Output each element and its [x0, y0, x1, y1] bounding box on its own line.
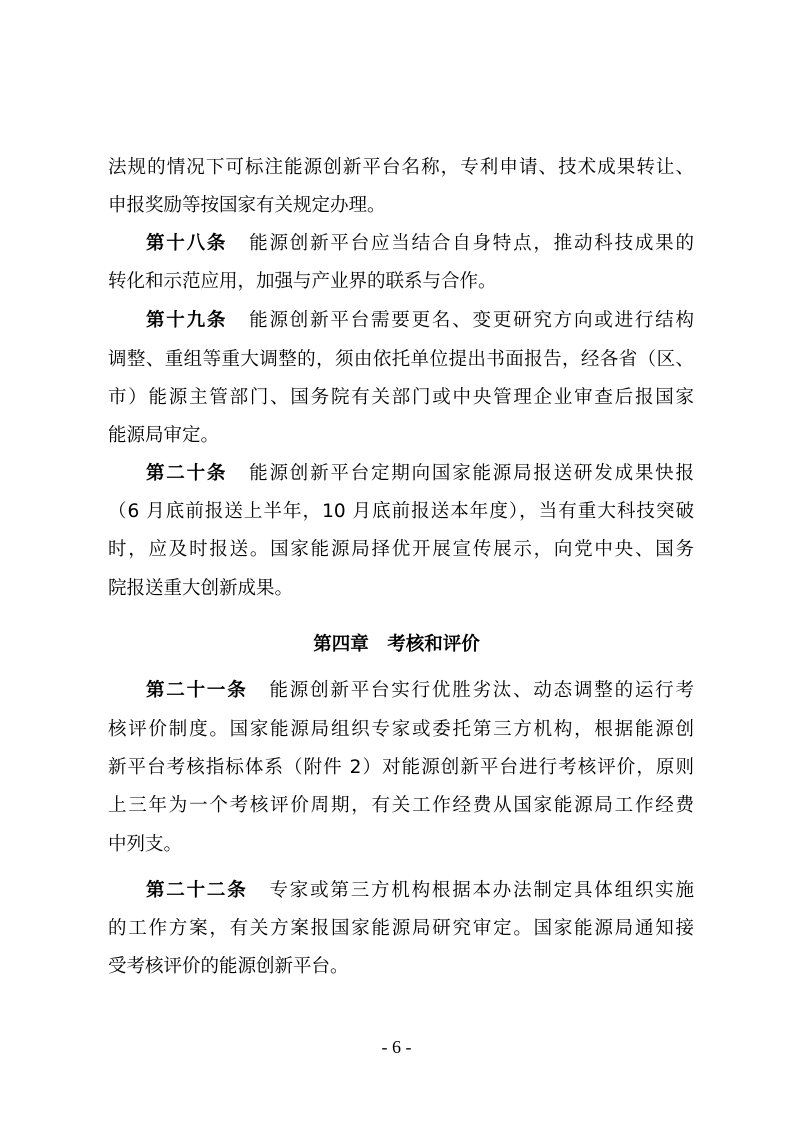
text-line: 市）能源主管部门、国务院有关部门或中央管理企业审查后报国家 — [108, 386, 694, 410]
article-title: 第二十二条 — [146, 880, 248, 901]
text-line: （6 月底前报送上半年，10 月底前报送本年度），当有重大科技突破 — [108, 500, 694, 524]
text-line: 新平台考核指标体系（附件 2）对能源创新平台进行考核评价，原则 — [108, 756, 694, 780]
article-text: 专家或第三方机构根据本办法制定具体组织实施 — [270, 880, 694, 901]
text-line: 时，应及时报送。国家能源局择优开展宣传展示，向党中央、国务 — [108, 538, 694, 562]
article-text: 能源创新平台需要更名、变更研究方向或进行结构 — [249, 310, 694, 331]
text-line: 院报送重大创新成果。 — [108, 577, 694, 601]
article-text: 能源创新平台应当结合自身特点，推动科技成果的 — [249, 233, 694, 254]
text-line: 调整、重组等重大调整的，须由依托单位提出书面报告，经各省（区、 — [108, 348, 694, 372]
text-line: 能源局审定。 — [108, 424, 694, 448]
article-text: 能源创新平台实行优胜劣汰、动态调整的运行考 — [270, 680, 694, 701]
text-line: 中列支。 — [108, 833, 694, 857]
article-18-line: 第十八条能源创新平台应当结合自身特点，推动科技成果的 — [146, 232, 694, 256]
article-title: 第二十条 — [146, 463, 227, 484]
article-title: 第二十一条 — [146, 680, 248, 701]
chapter-heading: 第四章 考核和评价 — [0, 633, 793, 657]
article-19-line: 第十九条能源创新平台需要更名、变更研究方向或进行结构 — [146, 309, 694, 333]
article-22-line: 第二十二条专家或第三方机构根据本办法制定具体组织实施 — [146, 879, 694, 903]
text-line: 法规的情况下可标注能源创新平台名称，专利申请、技术成果转让、 — [108, 156, 694, 180]
document-page: 法规的情况下可标注能源创新平台名称，专利申请、技术成果转让、 申报奖励等按国家有… — [0, 0, 793, 1122]
article-21-line: 第二十一条能源创新平台实行优胜劣汰、动态调整的运行考 — [146, 679, 694, 703]
article-text: 能源创新平台定期向国家能源局报送研发成果快报 — [249, 463, 694, 484]
text-line: 上三年为一个考核评价周期，有关工作经费从国家能源局工作经费 — [108, 794, 694, 818]
text-line: 核评价制度。国家能源局组织专家或委托第三方机构，根据能源创 — [108, 718, 694, 742]
text-line: 转化和示范应用，加强与产业界的联系与合作。 — [108, 270, 694, 294]
text-line: 申报奖励等按国家有关规定办理。 — [108, 194, 694, 218]
text-line: 的工作方案，有关方案报国家能源局研究审定。国家能源局通知接 — [108, 917, 694, 941]
article-20-line: 第二十条能源创新平台定期向国家能源局报送研发成果快报 — [146, 462, 694, 486]
text-line: 受考核评价的能源创新平台。 — [108, 955, 694, 979]
article-title: 第十八条 — [146, 233, 227, 254]
page-number: - 6 - — [0, 1036, 793, 1058]
article-title: 第十九条 — [146, 310, 227, 331]
